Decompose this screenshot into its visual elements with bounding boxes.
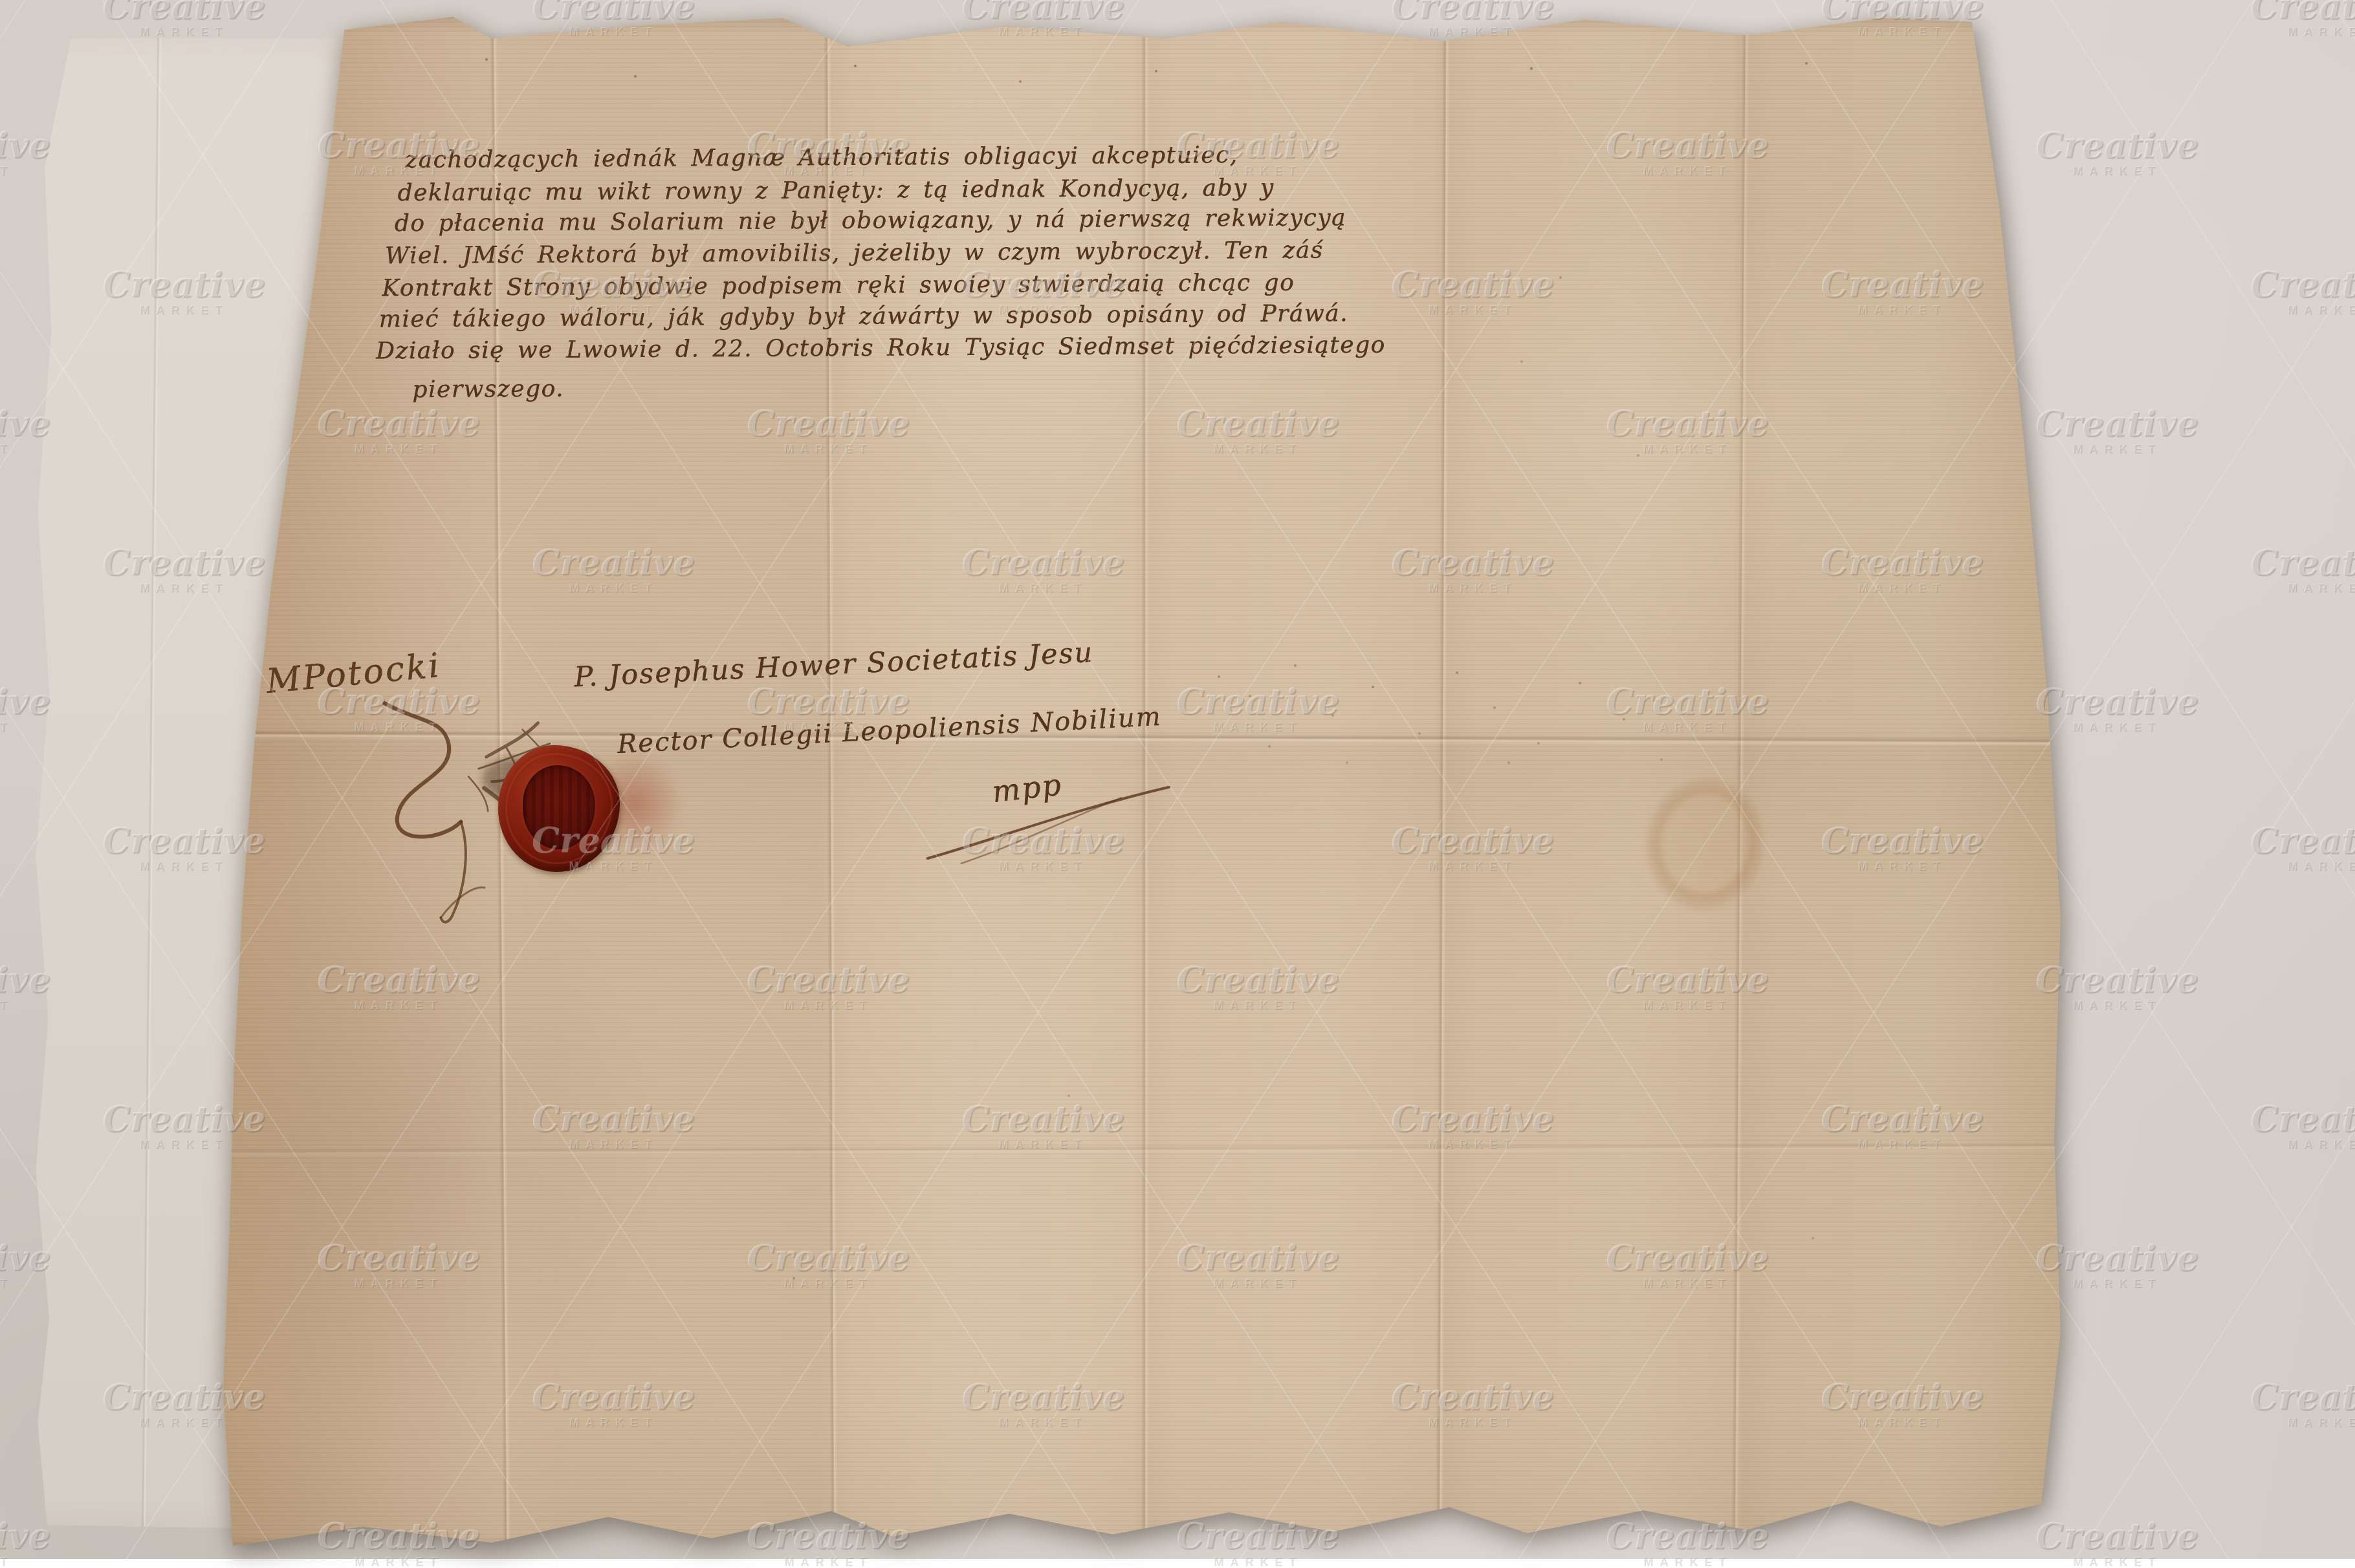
document-paper-shadow: zachodzących iednák Magnæ Authoritatis o… [0,0,2355,1559]
document-paper: zachodzących iednák Magnæ Authoritatis o… [207,8,2077,1552]
signature-right-line2: Rector Collegii Leopoliensis Nobilium [617,702,1163,759]
paraph-underline-flourish [915,768,1188,873]
text-line: Kontrakt Strony obydwie podpisem ręki sw… [382,270,1295,302]
text-line: Wiel. JMść Rektorá był amovibilis, jeżel… [385,237,1324,269]
text-line: pierwszego. [412,375,564,402]
photo-backdrop: zachodzących iednák Magnæ Authoritatis o… [0,0,2355,1559]
ink-specks [207,8,210,10]
text-line: zachodzących iednák Magnæ Authoritatis o… [405,142,1238,173]
handwritten-text-block: zachodzących iednák Magnæ Authoritatis o… [203,2,2082,1558]
text-line: deklaruiąc mu wikt rowny z Panięty: z tą… [397,175,1274,206]
text-line: mieć tákiego wáloru, ják gdyby był záwár… [379,300,1349,332]
text-line: do płacenia mu Solarium nie był obowiąza… [395,204,1346,237]
wax-seal-rim [505,753,612,865]
text-line: Działo się we Lwowie d. 22. Octobris Rok… [376,332,1386,365]
signature-right-line1: P. Josephus Hower Societatis Jesu [573,637,1094,693]
